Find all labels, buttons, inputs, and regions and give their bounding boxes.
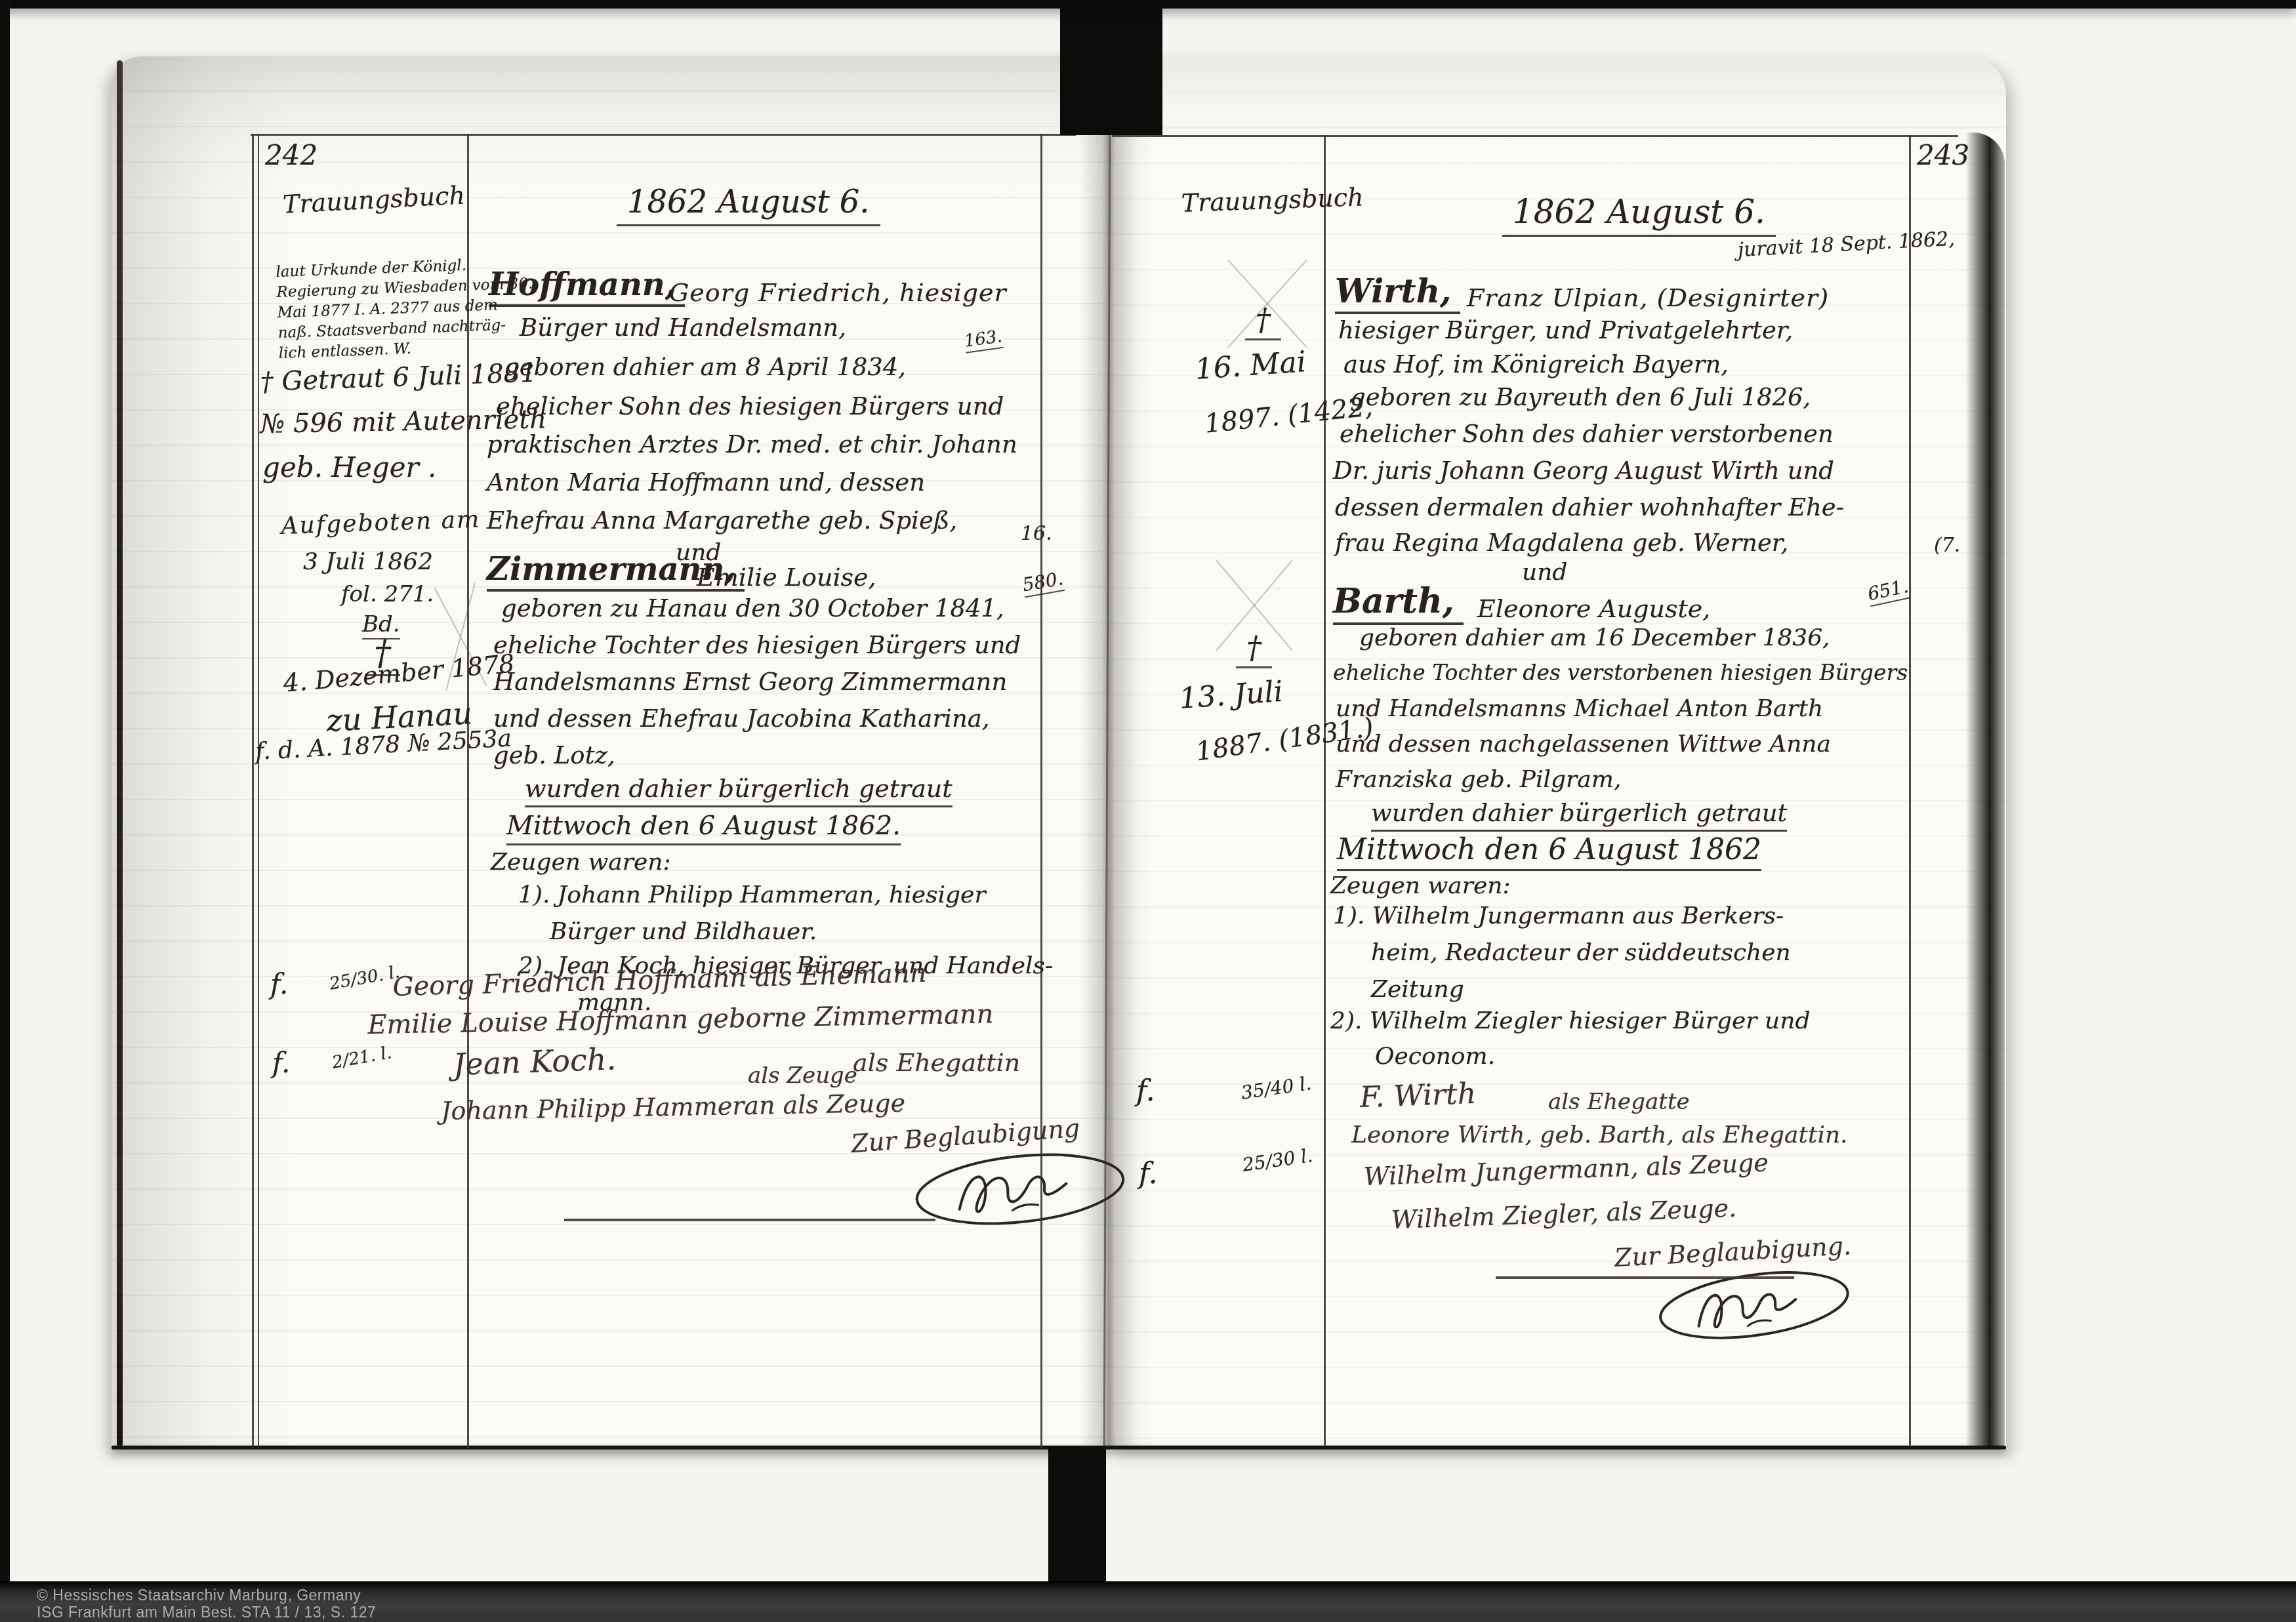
right-death-note-b-cross-icon: †: [1236, 630, 1272, 668]
right-fee-mark-1: f.: [1136, 1074, 1155, 1108]
right-bride-line: und Handelsmanns Michael Anton Barth: [1336, 695, 1823, 722]
right-death-note-a-cross-icon: †: [1245, 302, 1281, 340]
right-groom-line: ehelicher Sohn des dahier verstorbenen: [1340, 420, 1834, 448]
right-entry-closing-line: [1496, 1276, 1794, 1279]
right-conjunction-und: und: [1522, 559, 1567, 586]
left-witness-heading: Zeugen waren:: [491, 849, 671, 876]
left-page-top-rule: [251, 134, 1076, 136]
book-right-edge: [1965, 132, 2005, 1447]
right-bride-line: geboren dahier am 16 December 1836,: [1359, 624, 1830, 651]
right-witness-line: Oeconom.: [1375, 1043, 1495, 1070]
left-page-border-rule-a: [252, 134, 254, 1448]
right-witness-line: heim, Redacteur der süddeutschen: [1371, 939, 1791, 966]
left-groom-line: Ehefrau Anna Margarethe geb. Spieß,: [487, 506, 957, 535]
left-bride-signature-role: als Ehegattin: [853, 1048, 1020, 1077]
left-witness-line: Bürger und Bildhauer.: [550, 918, 817, 945]
left-groom-line: Bürger und Handelsmann,: [520, 314, 846, 342]
left-bride-line: geboren zu Hanau den 30 October 1841,: [501, 594, 1004, 622]
right-groom-line: hiesiger Bürger, und Privatgelehrter,: [1338, 316, 1793, 344]
archive-watermark-line1: © Hessisches Staatsarchiv Marburg, Germa…: [37, 1587, 361, 1604]
left-page-border-rule-b: [258, 134, 259, 1448]
left-entry-date-header: 1862 August 6.: [617, 184, 880, 226]
left-banns-note-line2: 3 Juli 1862: [303, 548, 433, 575]
scanner-edge-top: [0, 0, 2296, 9]
left-marriage-statement-line1: wurden dahier bürgerlich getraut: [525, 774, 953, 807]
right-entry-date-header: 1862 August 6.: [1502, 193, 1776, 237]
right-bride-line: und dessen nachgelassenen Wittwe Anna: [1336, 731, 1831, 758]
left-witness1-signature-role: als Zeuge: [748, 1063, 857, 1089]
right-page-right-rule: [1909, 135, 1911, 1447]
archive-watermark-band: © Hessisches Staatsarchiv Marburg, Germa…: [0, 1581, 2296, 1622]
right-fee-mark-2: f.: [1139, 1157, 1158, 1190]
scanner-edge-left: [0, 0, 10, 1622]
left-witness1-signature: Jean Koch.: [453, 1041, 617, 1082]
right-witness-heading: Zeugen waren:: [1330, 872, 1511, 899]
scanned-register-spread: 242 Trauungsbuch laut Urkunde der Königl…: [0, 0, 2296, 1622]
right-groom-signature: F. Wirth: [1359, 1077, 1477, 1114]
right-page-number: 243: [1917, 139, 1969, 171]
binding-clamp-top: [1060, 0, 1162, 135]
right-groom-line: Dr. juris Johann Georg August Wirth und: [1333, 456, 1834, 485]
left-fee-mark-1: f.: [270, 968, 288, 1000]
left-reference-number-16: 16.: [1021, 522, 1052, 545]
left-marriage-statement-line2: Mittwoch den 6 August 1862.: [506, 811, 901, 845]
left-entry-closing-line: [564, 1219, 935, 1221]
right-bride-surname: Barth,: [1333, 581, 1464, 625]
right-groom-line: geboren zu Bayreuth den 6 Juli 1826,: [1350, 383, 1811, 411]
right-bride-line: eheliche Tochter des verstorbenen hiesig…: [1333, 660, 1908, 685]
left-bride-line: geb. Lotz,: [493, 741, 615, 769]
left-page-right-rule: [1040, 134, 1042, 1448]
right-witness-line: 2). Wilhelm Ziegler hiesiger Bürger und: [1330, 1007, 1810, 1034]
right-groom-surname: Wirth,: [1335, 272, 1460, 314]
right-witness-line: Zeitung: [1371, 976, 1464, 1003]
right-groom-line: aus Hof, im Königreich Bayern,: [1343, 350, 1729, 378]
left-bride-line: eheliche Tochter des hiesigen Bürgers un…: [493, 631, 1021, 659]
left-bride-line: und dessen Ehefrau Jacobina Katharina,: [493, 704, 990, 733]
left-groom-given-names: Georg Friedrich, hiesiger: [669, 278, 1007, 307]
left-bride-given-names: Emilie Louise,: [697, 563, 876, 592]
left-groom-line: praktischen Arztes Dr. med. et chir. Joh…: [487, 430, 1017, 458]
right-groom-line: frau Regina Magdalena geb. Werner,: [1335, 529, 1788, 557]
right-marriage-statement-line1: wurden dahier bürgerlich getraut: [1371, 799, 1787, 832]
left-fee-mark-2: f.: [272, 1047, 290, 1079]
archive-watermark-line2: ISG Frankfurt am Main Best. STA 11 / 13,…: [37, 1604, 376, 1621]
book-left-edge: [117, 60, 123, 1447]
right-page-top-rule: [1112, 135, 1958, 137]
right-groom-given-names: Franz Ulpian, (Designirter): [1467, 283, 1829, 312]
left-groom-line: Anton Maria Hoffmann und, dessen: [487, 468, 925, 497]
right-witness-line: 1). Wilhelm Jungermann aus Berkers-: [1333, 902, 1784, 929]
right-bride-signature: Leonore Wirth, geb. Barth, als Ehegattin…: [1351, 1122, 1848, 1148]
right-bride-line: Franziska geb. Pilgram,: [1336, 766, 1621, 793]
right-page-margin-rule: [1324, 135, 1326, 1447]
left-groom-surname: Hoffmann,: [489, 266, 685, 307]
left-witness-line: 1). Johann Philipp Hammeran, hiesiger: [518, 882, 986, 908]
left-banns-note-line3: fol. 271.: [341, 581, 434, 607]
right-groom-line: dessen dermalen dahier wohnhafter Ehe-: [1335, 493, 1844, 521]
left-page-number: 242: [265, 139, 318, 171]
right-groom-signature-role: als Ehegatte: [1548, 1089, 1690, 1115]
left-remarriage-note-line3: geb. Heger .: [262, 451, 436, 483]
left-groom-line: geboren dahier am 8 April 1834,: [504, 353, 906, 381]
left-bride-line: Handelsmanns Ernst Georg Zimmermann: [493, 668, 1007, 696]
right-marriage-statement-line2: Mittwoch den 6 August 1862: [1337, 833, 1761, 871]
binding-clamp-bottom: [1048, 1447, 1106, 1587]
right-reference-number-7: (7.: [1934, 534, 1960, 557]
left-groom-line: ehelicher Sohn des hiesigen Bürgers und: [496, 392, 1004, 420]
right-bride-given-names: Eleonore Auguste,: [1477, 594, 1710, 623]
